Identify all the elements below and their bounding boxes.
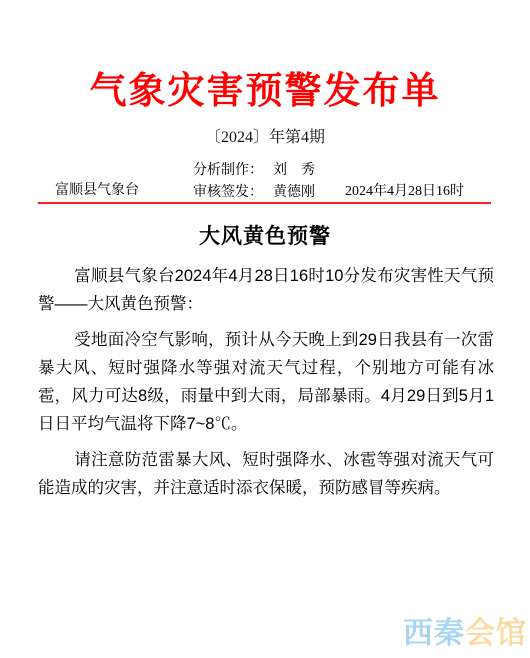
- watermark-part-blue: 西秦: [403, 617, 465, 650]
- analysis-maker-name: 刘 秀: [273, 160, 315, 182]
- watermark-part-orange: 会馆: [465, 617, 527, 650]
- paragraph-advice: 请注意防范雷暴大风、短时强降水、冰雹等强对流天气可能造成的灾害，并注意适时添衣保…: [38, 446, 494, 502]
- issue-datetime: 2024年4月28日16时: [345, 180, 464, 200]
- warning-document-page: 气象灾害预警发布单 〔2024〕年第4期 富顺县气象台 分析制作： 刘 秀 审核…: [0, 0, 530, 658]
- warning-title: 大风黄色预警: [0, 220, 530, 250]
- paragraph-forecast: 受地面冷空气影响，预计从今天晚上到29日我县有一次雷暴大风、短时强降水等强对流天…: [38, 326, 494, 438]
- paragraph-issuance: 富顺县气象台2024年4月28日16时10分发布灾害性天气预警——大风黄色预警：: [38, 262, 494, 318]
- signature-block: 分析制作： 刘 秀 审核签发： 黄德刚: [193, 160, 315, 204]
- reviewer-label: 审核签发：: [193, 182, 263, 204]
- analysis-maker-label: 分析制作：: [193, 160, 263, 182]
- warning-body: 富顺县气象台2024年4月28日16时10分发布灾害性天气预警——大风黄色预警：…: [38, 262, 494, 510]
- issuing-agency: 富顺县气象台: [55, 179, 139, 199]
- analysis-maker-row: 分析制作： 刘 秀: [193, 160, 315, 182]
- red-divider-line: [38, 202, 491, 204]
- document-main-title: 气象灾害预警发布单: [0, 60, 530, 114]
- watermark-logo: 西秦会馆: [403, 608, 527, 652]
- issue-number: 〔2024〕年第4期: [0, 124, 530, 147]
- reviewer-row: 审核签发： 黄德刚: [193, 182, 315, 204]
- reviewer-name: 黄德刚: [273, 182, 315, 204]
